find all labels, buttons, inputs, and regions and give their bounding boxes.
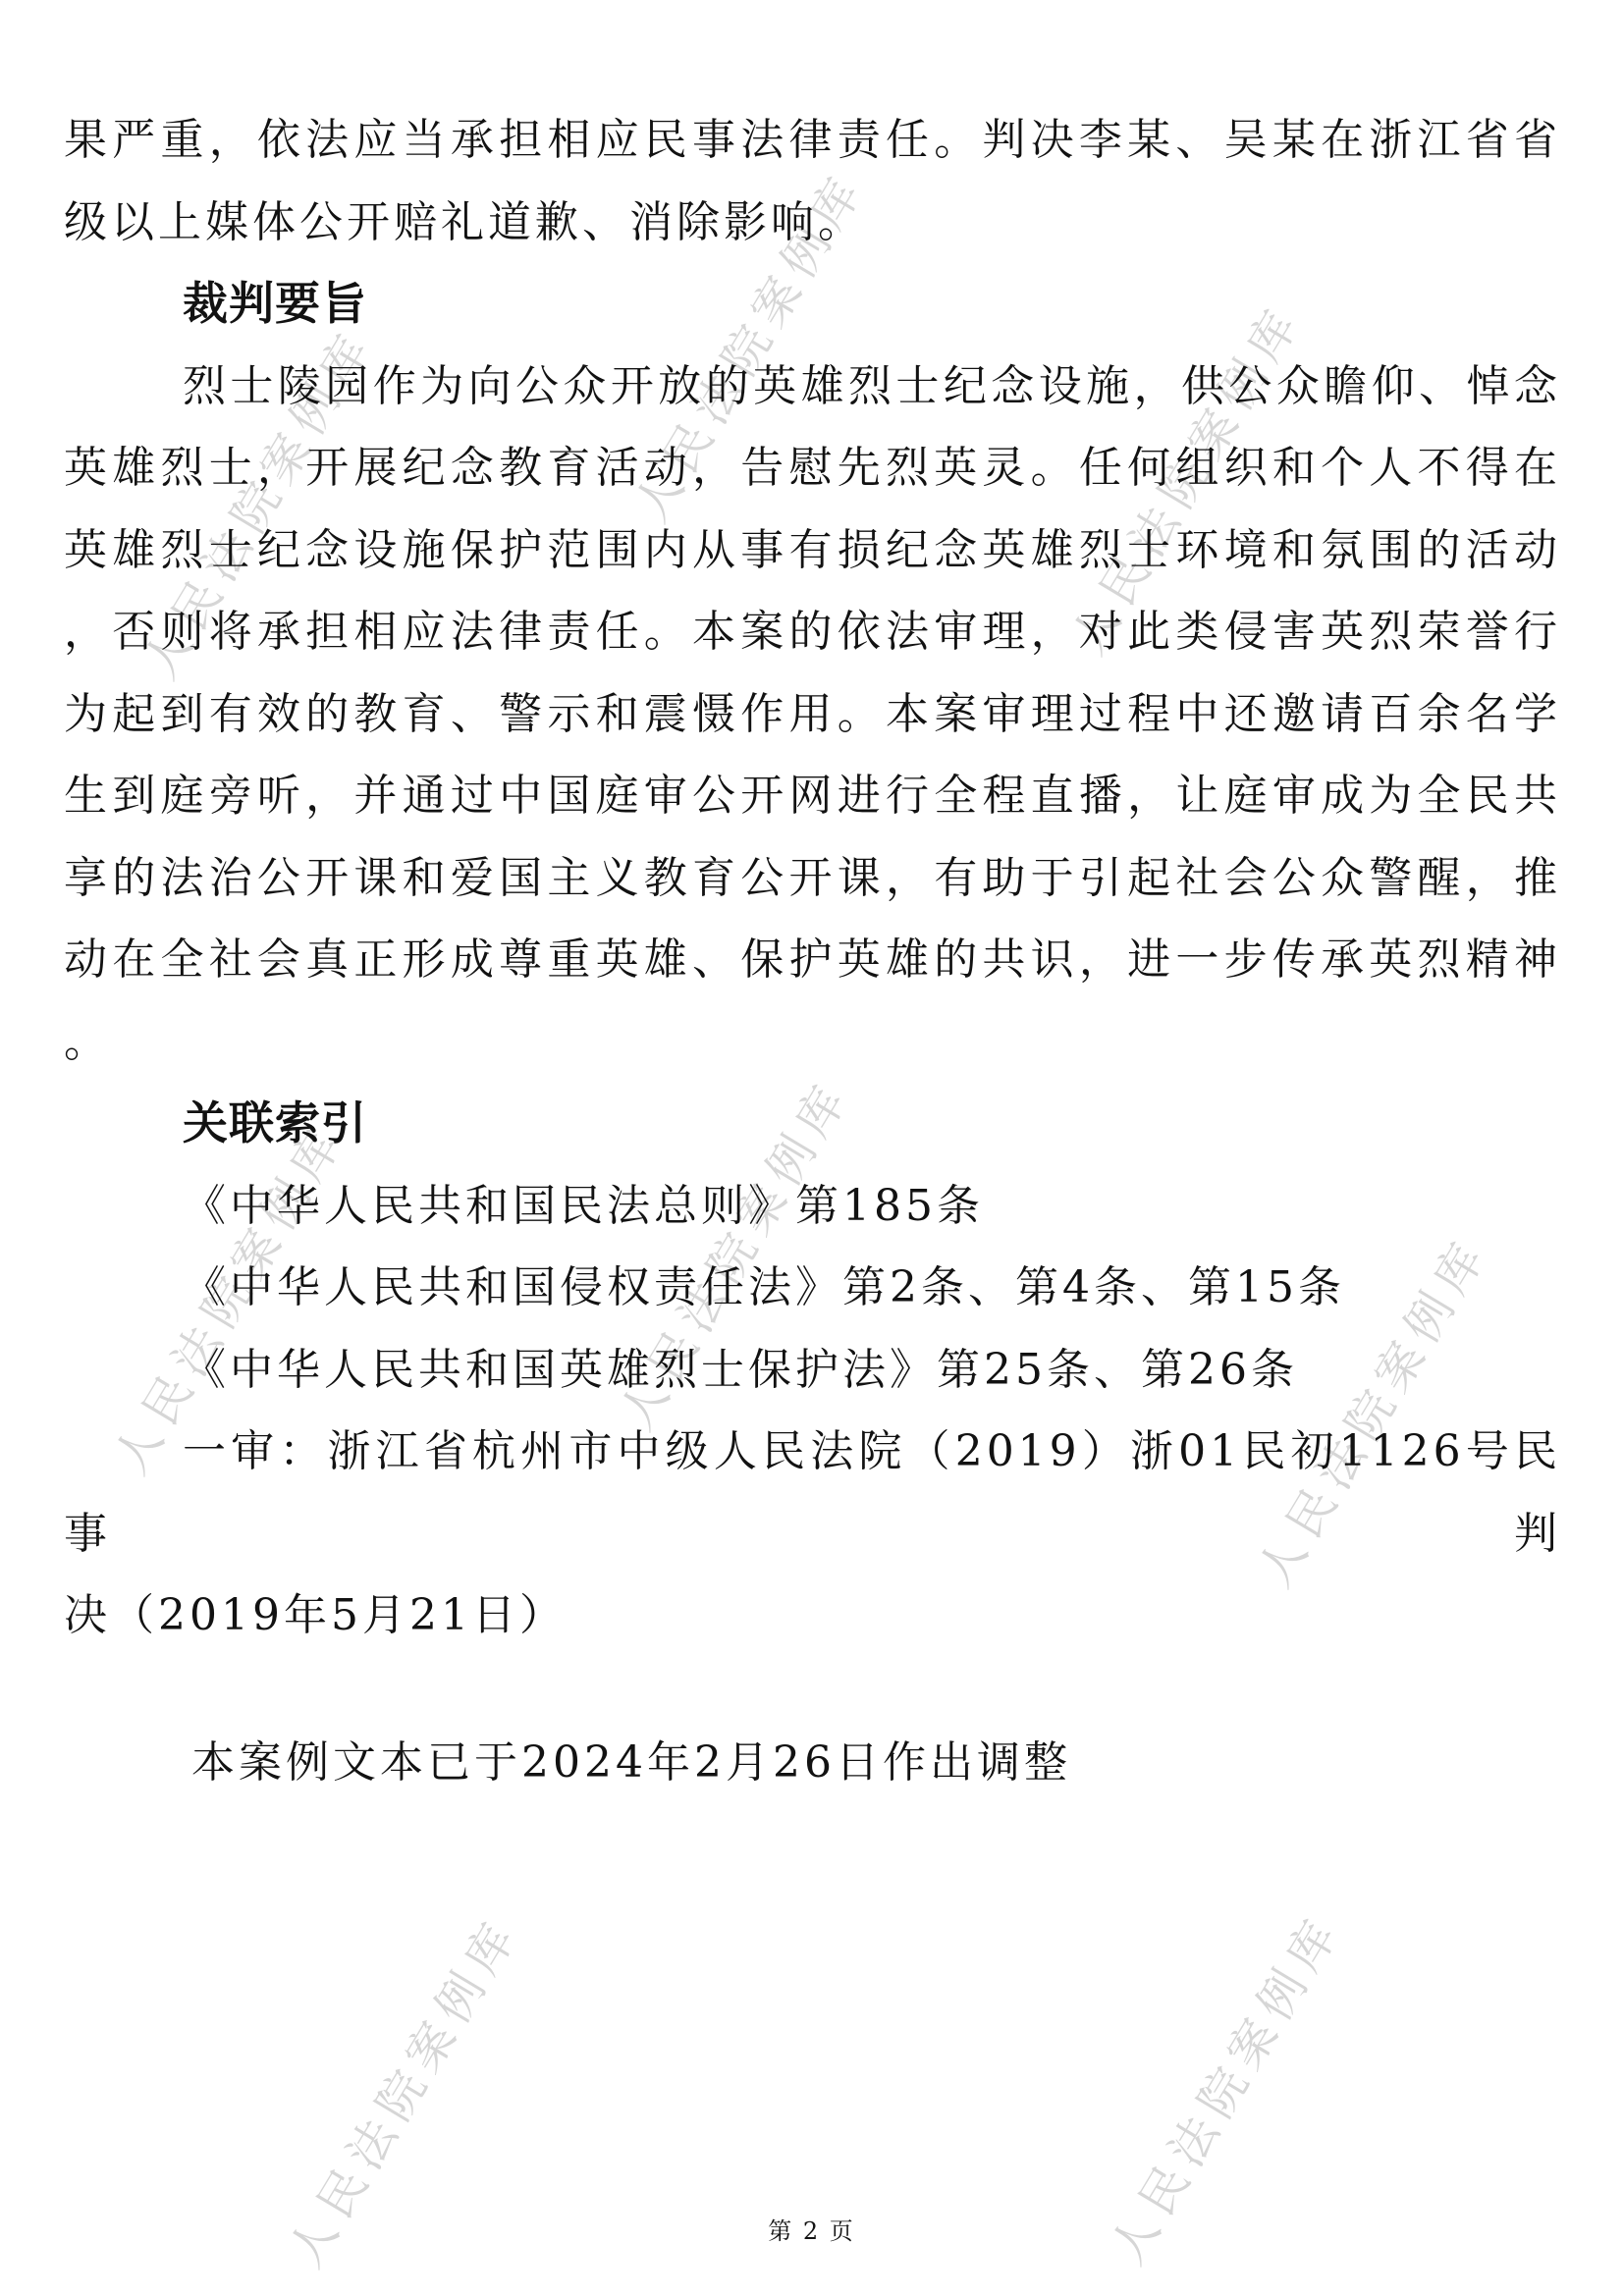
citation-line: 《中华人民共和国英雄烈士保护法》第25条、第26条 [64,1329,1561,1412]
section-heading-index: 关联索引 [64,1083,1561,1165]
adjustment-note: 本案例文本已于2024年2月26日作出调整 [64,1722,1561,1804]
citation-line: 一审：浙江省杭州市中级人民法院（2019）浙01民初1126号民事判 [64,1411,1561,1575]
citation-line: 决（2019年5月21日） [64,1575,1561,1657]
section-heading-summary: 裁判要旨 [64,263,1561,346]
body-line: 享的法治公开课和爱国主义教育公开课，有助于引起社会公众警醒，推 [64,837,1561,920]
body-line: ，否则将承担相应法律责任。本案的依法审理，对此类侵害英烈荣誉行 [64,591,1561,673]
body-line: 级以上媒体公开赔礼道歉、消除影响。 [64,182,1561,264]
body-line: 果严重，依法应当承担相应民事法律责任。判决李某、吴某在浙江省省 [64,99,1561,182]
page-number: 第 2 页 [0,2212,1623,2246]
citation-line: 《中华人民共和国民法总则》第185条 [64,1165,1561,1248]
body-line: 。 [64,1001,1561,1084]
body-line: 生到庭旁听，并通过中国庭审公开网进行全程直播，让庭审成为全民共 [64,755,1561,837]
body-line: 动在全社会真正形成尊重英雄、保护英雄的共识，进一步传承英烈精神 [64,919,1561,1001]
body-line: 为起到有效的教育、警示和震慑作用。本案审理过程中还邀请百余名学 [64,673,1561,756]
body-line: 英雄烈士纪念设施保护范围内从事有损纪念英雄烈士环境和氛围的活动 [64,509,1561,592]
document-page: 人民法院案例库 人民法院案例库 人民法院案例库 人民法院案例库 人民法院案例库 … [0,0,1623,2296]
body-line: 英雄烈士，开展纪念教育活动，告慰先烈英灵。任何组织和个人不得在 [64,427,1561,509]
document-body: 果严重，依法应当承担相应民事法律责任。判决李某、吴某在浙江省省 级以上媒体公开赔… [64,0,1561,1803]
citation-line: 《中华人民共和国侵权责任法》第2条、第4条、第15条 [64,1247,1561,1329]
body-line: 烈士陵园作为向公众开放的英雄烈士纪念设施，供公众瞻仰、悼念 [64,346,1561,428]
